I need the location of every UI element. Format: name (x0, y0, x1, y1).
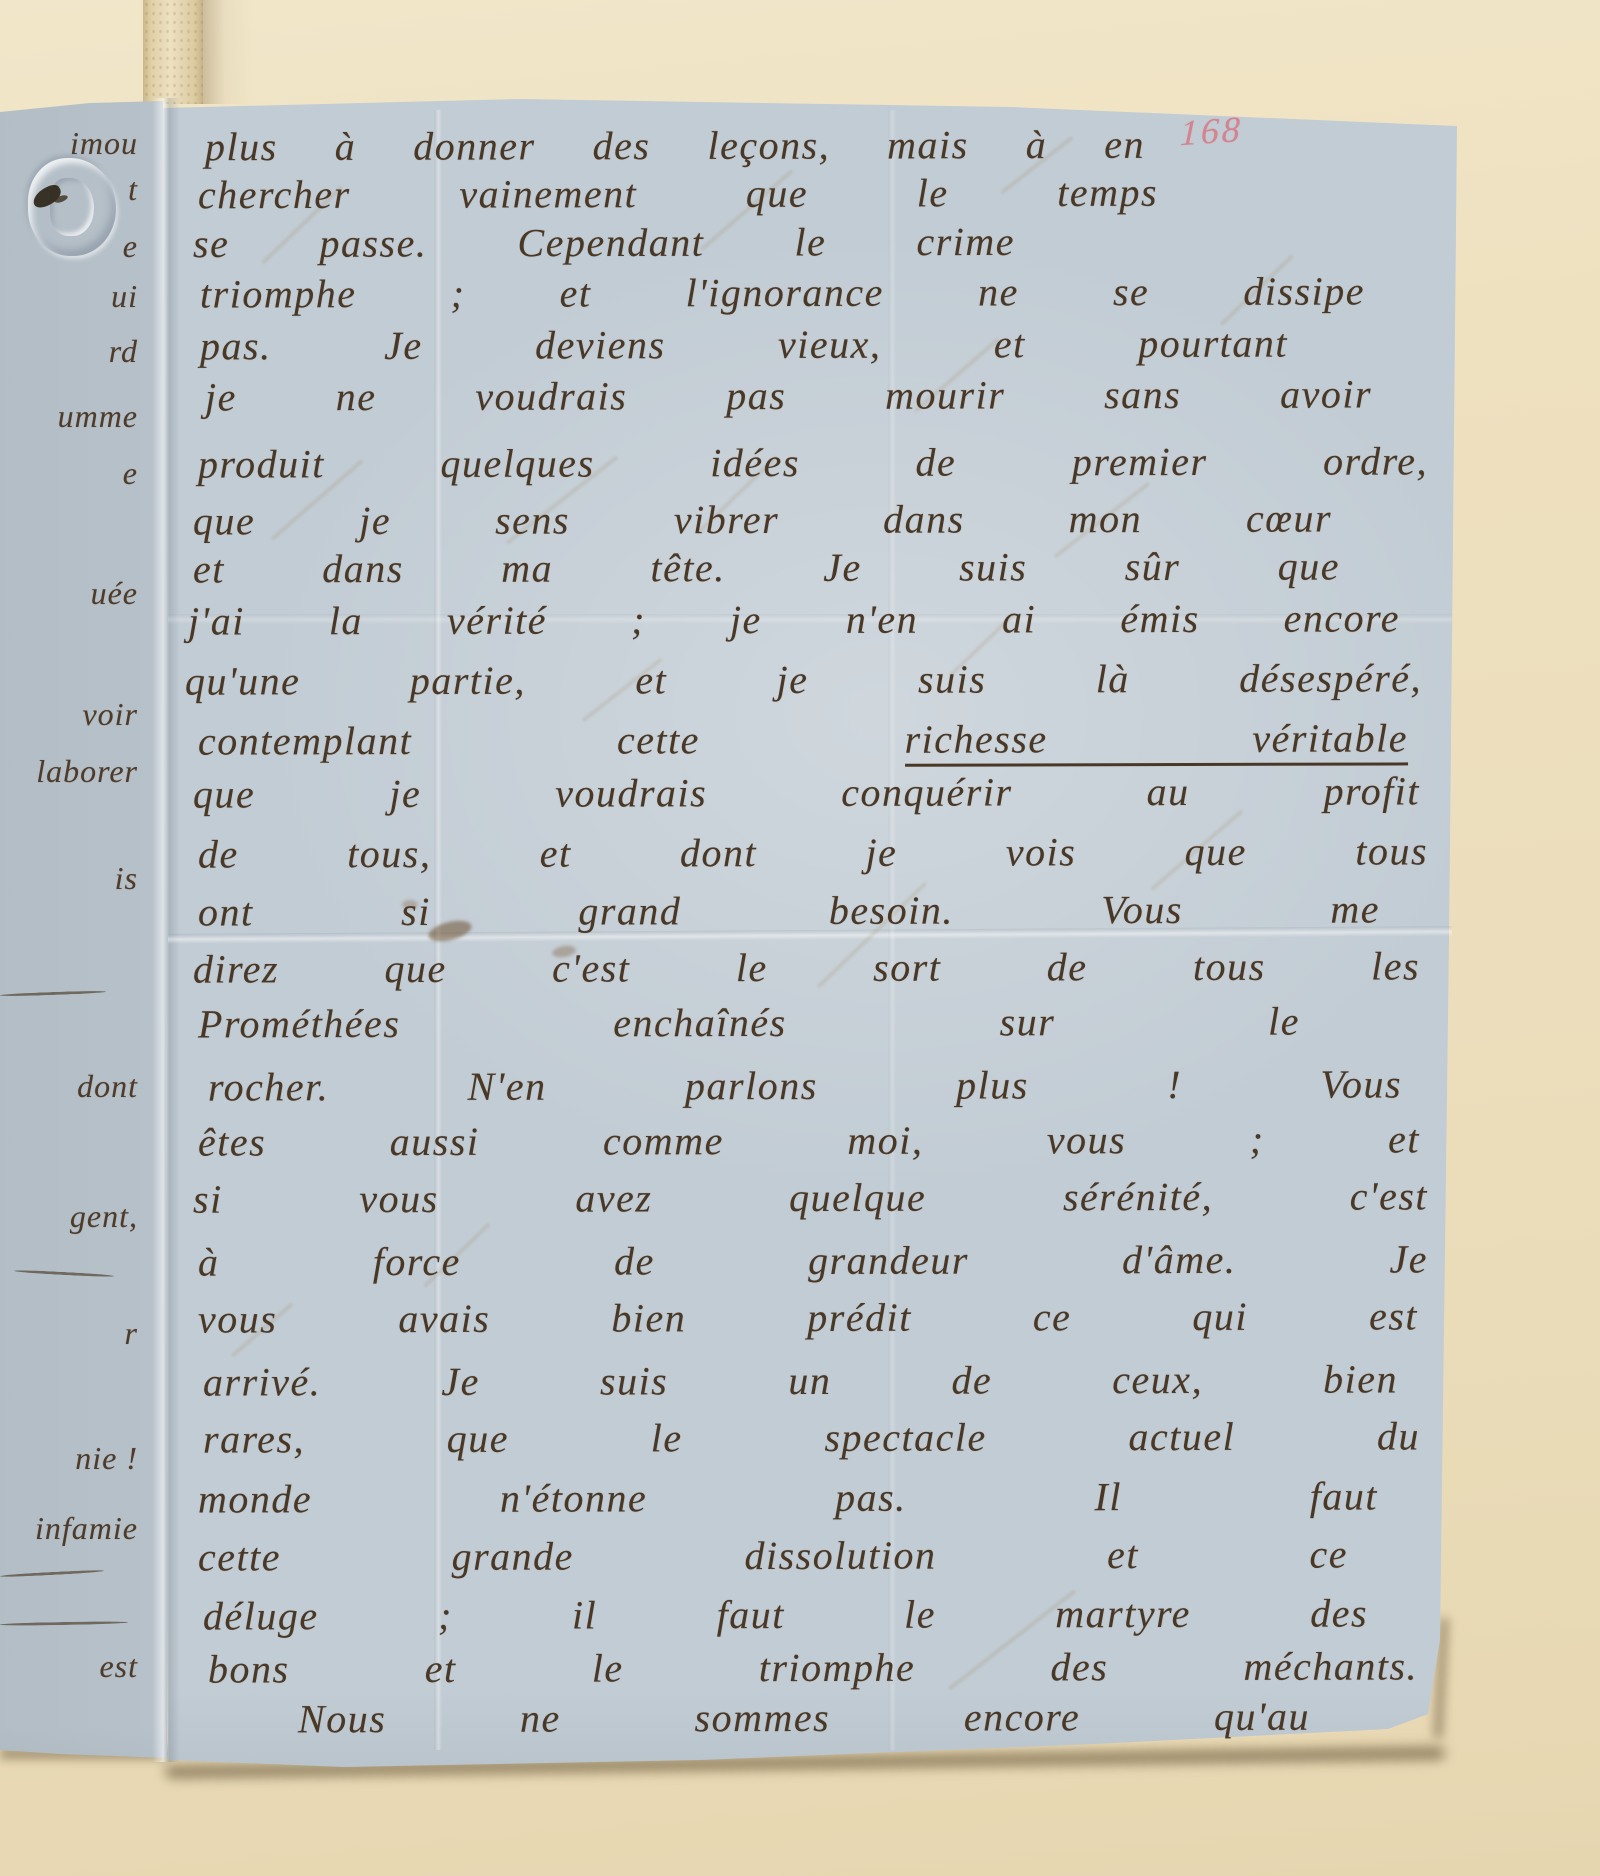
manuscript-text: si vous avez quelque sérénité, c'est (193, 1173, 1428, 1221)
manuscript-line: à force de grandeur d'âme. Je (198, 1235, 1428, 1285)
manuscript-line: rocher. N'en parlons plus ! Vous (208, 1060, 1402, 1110)
manuscript-line: contemplant cette richesse véritable (198, 714, 1408, 764)
manuscript-text: triomphe ; et l'ignorance ne se dissipe (200, 268, 1365, 316)
handwriting-fragment: r (0, 1315, 138, 1352)
manuscript-line: bons et le triomphe des méchants. (208, 1642, 1418, 1692)
manuscript-text: rocher. N'en parlons plus ! Vous (208, 1061, 1402, 1109)
folio-number: 168 (1179, 108, 1243, 155)
manuscript-text: plus à donner des leçons, mais à en (205, 122, 1145, 169)
manuscript-text: direz que c'est le sort de tous les (193, 943, 1420, 991)
manuscript-text: ont si grand besoin. Vous me (198, 886, 1380, 934)
handwriting-fragment: rd (0, 333, 138, 370)
handwriting-fragment: e (0, 455, 138, 492)
manuscript-text: de tous, et dont je vois que tous (198, 828, 1428, 876)
manuscript-text: que je sens vibrer dans mon cœur (193, 496, 1332, 544)
manuscript-line: déluge ; il faut le martyre des (203, 1589, 1368, 1639)
manuscript-line: vous avais bien prédit ce qui est (198, 1292, 1418, 1342)
manuscript-line: Nous ne sommes encore qu'au (298, 1693, 1310, 1743)
manuscript-text: à force de grandeur d'âme. Je (198, 1236, 1428, 1284)
handwriting-fragment: t (0, 171, 138, 208)
manuscript-text: que je voudrais conquérir au profit (193, 768, 1420, 816)
manuscript-line: que je voudrais conquérir au profit (193, 767, 1420, 817)
manuscript-line: je ne voudrais pas mourir sans avoir (205, 370, 1372, 420)
handwriting-fragment: umme (0, 398, 138, 435)
handwriting-fragment: laborer (0, 753, 138, 790)
manuscript-text: produit quelques idées de premier ordre, (198, 438, 1428, 486)
manuscript-text: se passe. Cependant le crime (193, 219, 1015, 266)
handwriting-fragment: is (0, 860, 138, 897)
handwriting-fragment: nie ! (0, 1440, 138, 1477)
manuscript-text: arrivé. Je suis un de ceux, bien (203, 1356, 1398, 1404)
manuscript-line: rares, que le spectacle actuel du (203, 1412, 1420, 1462)
manuscript-text: et dans ma tête. Je suis sûr que (193, 543, 1340, 591)
manuscript-text: bons et le triomphe des méchants. (208, 1643, 1418, 1691)
manuscript-line: direz que c'est le sort de tous les (193, 942, 1420, 992)
manuscript-line: triomphe ; et l'ignorance ne se dissipe (200, 267, 1365, 317)
manuscript-text: j'ai la vérité ; je n'en ai émis encore (188, 595, 1400, 643)
handwriting-fragment: uée (0, 575, 138, 612)
manuscript-line: êtes aussi comme moi, vous ; et (198, 1115, 1420, 1165)
fold-gutter (152, 98, 180, 1762)
manuscript-line: se passe. Cependant le crime (193, 218, 1015, 267)
manuscript-text: rares, que le spectacle actuel du (203, 1413, 1420, 1461)
manuscript-line: ont si grand besoin. Vous me (198, 885, 1380, 935)
manuscript-line: que je sens vibrer dans mon cœur (193, 495, 1332, 545)
manuscript-line: si vous avez quelque sérénité, c'est (193, 1172, 1428, 1222)
handwriting-fragment: ui (0, 278, 138, 315)
underlined-phrase: richesse véritable (905, 715, 1409, 766)
manuscript-text: déluge ; il faut le martyre des (203, 1590, 1368, 1638)
handwriting-fragment: gent, (0, 1198, 138, 1235)
handwriting-fragment: infamie (0, 1510, 138, 1547)
manuscript-line: Prométhées enchaînés sur le (198, 998, 1300, 1048)
archive-scan: { "page": { "folio_number": "168" }, "le… (0, 0, 1600, 1876)
manuscript-line: chercher vainement que le temps (198, 169, 1158, 219)
binding-guard-top (143, 0, 203, 104)
manuscript-line: produit quelques idées de premier ordre, (198, 437, 1428, 487)
manuscript-text: vous avais bien prédit ce qui est (198, 1293, 1418, 1341)
manuscript-text: pas. Je deviens vieux, et pourtant (200, 321, 1288, 369)
manuscript-line: plus à donner des leçons, mais à en (205, 121, 1145, 170)
manuscript-text: Prométhées enchaînés sur le (198, 999, 1300, 1047)
manuscript-text: je ne voudrais pas mourir sans avoir (205, 371, 1372, 419)
handwriting-fragment: imou (0, 125, 138, 162)
manuscript-line: et dans ma tête. Je suis sûr que (193, 542, 1340, 592)
handwriting-fragment: voir (0, 696, 138, 733)
manuscript-text: êtes aussi comme moi, vous ; et (198, 1116, 1420, 1164)
manuscript-line: de tous, et dont je vois que tous (198, 827, 1428, 877)
manuscript-text: cette grande dissolution et ce (198, 1531, 1348, 1579)
manuscript-line: qu'une partie, et je suis là désespéré, (185, 654, 1422, 704)
manuscript-line: arrivé. Je suis un de ceux, bien (203, 1355, 1398, 1405)
handwriting-fragment: est (0, 1648, 138, 1685)
manuscript-text: chercher vainement que le temps (198, 170, 1158, 218)
manuscript-text: Nous ne sommes encore qu'au (298, 1694, 1310, 1742)
manuscript-text: contemplant cette (198, 717, 905, 764)
manuscript-line: j'ai la vérité ; je n'en ai émis encore (188, 594, 1400, 644)
handwriting-fragment: e (0, 228, 138, 265)
manuscript-line: pas. Je deviens vieux, et pourtant (200, 320, 1288, 370)
manuscript-line: monde n'étonne pas. Il faut (198, 1472, 1378, 1522)
manuscript-line: cette grande dissolution et ce (198, 1530, 1348, 1580)
manuscript-text: monde n'étonne pas. Il faut (198, 1473, 1378, 1521)
binding-guard-top-fold (203, 0, 258, 104)
manuscript-text: qu'une partie, et je suis là désespéré, (185, 655, 1422, 703)
handwriting-fragment: dont (0, 1068, 138, 1105)
